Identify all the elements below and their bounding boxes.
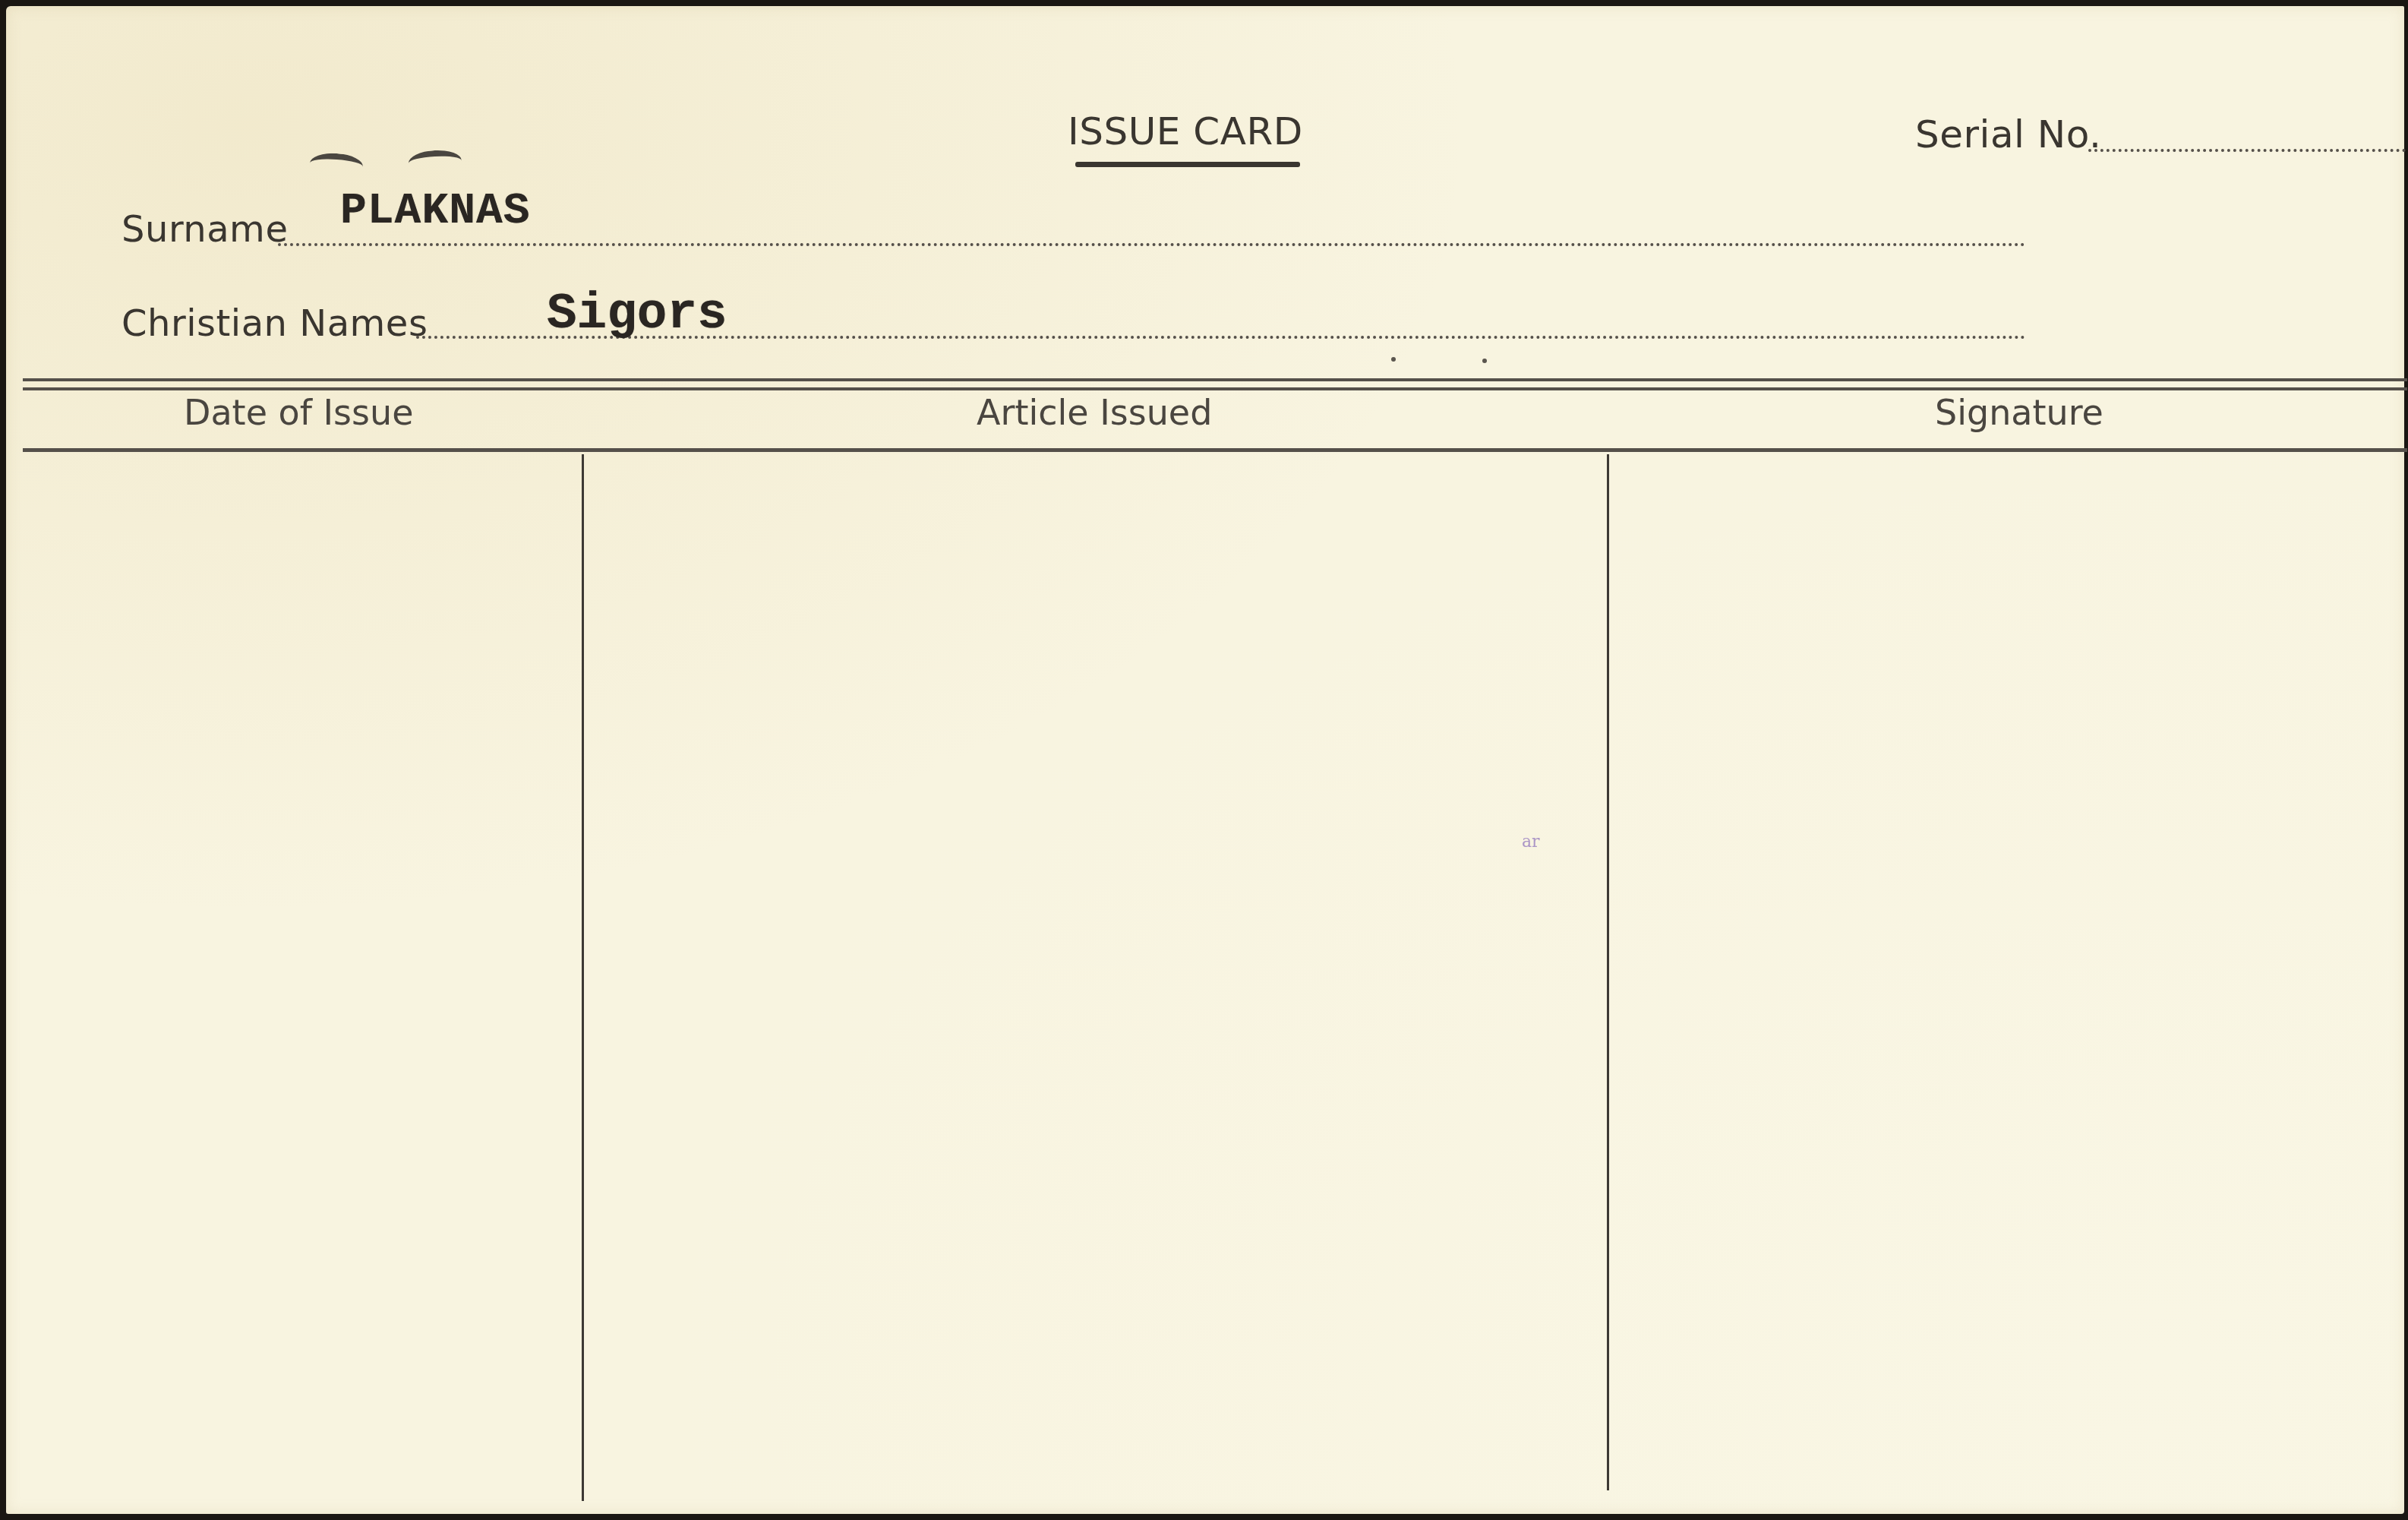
column-divider-2 <box>1607 454 1609 1490</box>
punch-hole-left <box>309 152 364 179</box>
header-rule-second <box>23 387 2407 390</box>
christian-names-value: Sigors <box>547 286 727 343</box>
column-divider-1 <box>582 454 584 1501</box>
header-rule-bottom <box>23 448 2407 452</box>
christian-names-label: Christian Names <box>122 302 428 345</box>
column-header-signature: Signature <box>1935 392 2103 433</box>
ink-speck <box>1391 357 1396 362</box>
issue-card: ISSUE CARD Serial No. Surname PLAKNAS Ch… <box>6 6 2404 1514</box>
surname-value: PLAKNAS <box>340 187 531 236</box>
column-header-date-of-issue: Date of Issue <box>184 392 413 433</box>
column-header-article-issued: Article Issued <box>977 392 1212 433</box>
ink-speck <box>1482 359 1487 363</box>
title-underline <box>1075 162 1300 167</box>
header-rule-top <box>23 378 2407 381</box>
surname-dotted-line <box>278 243 2026 246</box>
serial-number-label: Serial No. <box>1915 112 2101 156</box>
surname-label: Surname <box>122 208 288 251</box>
card-title: ISSUE CARD <box>1068 109 1303 153</box>
punch-hole-right <box>408 149 462 175</box>
serial-number-field <box>2088 149 2408 152</box>
stamp-mark: ar <box>1522 833 1540 852</box>
